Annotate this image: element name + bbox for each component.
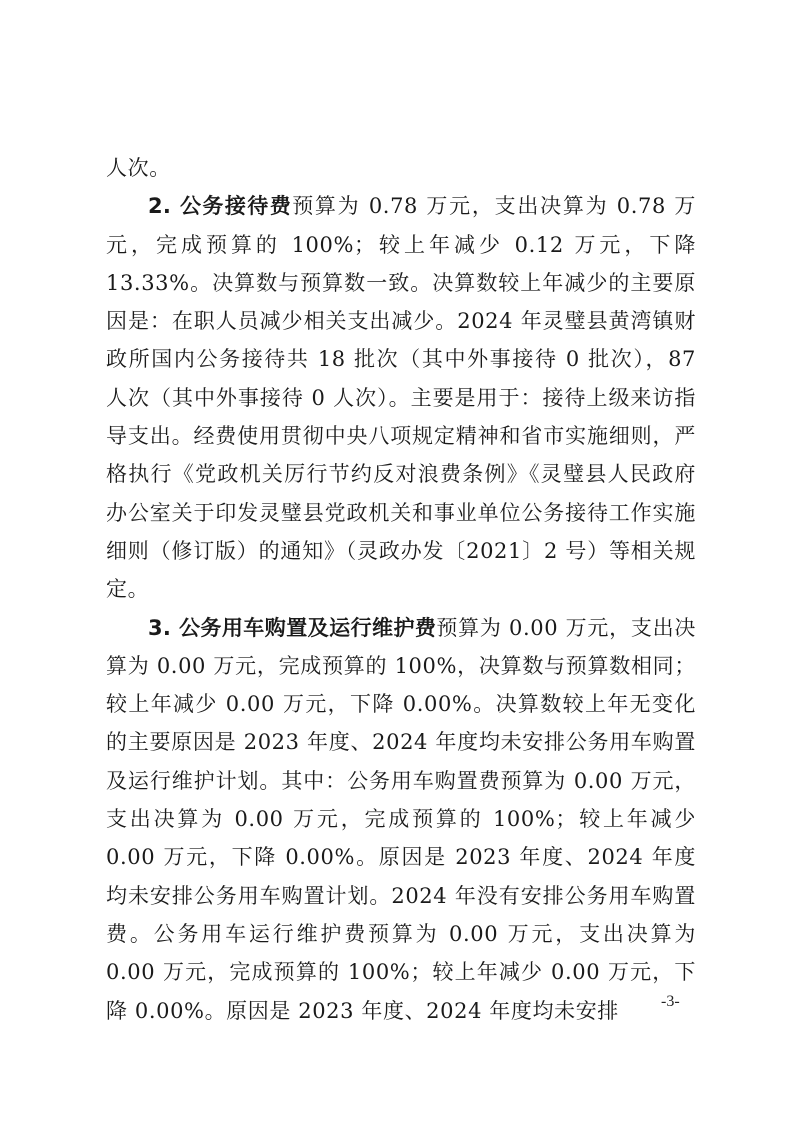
section-heading-reception: 2. 公务接待费 [148, 194, 292, 218]
paragraph-text: 人次。 [106, 156, 171, 180]
document-page: 人次。 2. 公务接待费预算为 0.78 万元，支出决算为 0.78 万元，完成… [106, 149, 696, 1030]
paragraph-text: 预算为 0.00 万元，支出决算为 0.00 万元，完成预算的 100%，决算数… [106, 616, 696, 1023]
section-heading-vehicle: 3. 公务用车购置及运行维护费 [148, 616, 436, 640]
paragraph-vehicle-expenses: 3. 公务用车购置及运行维护费预算为 0.00 万元，支出决算为 0.00 万元… [106, 609, 696, 1030]
paragraph-reception-expenses: 2. 公务接待费预算为 0.78 万元，支出决算为 0.78 万元，完成预算的 … [106, 187, 696, 608]
page-number: -3- [661, 993, 680, 1011]
paragraph-text: 预算为 0.78 万元，支出决算为 0.78 万元，完成预算的 100%；较上年… [106, 194, 696, 601]
paragraph-continuation: 人次。 [106, 149, 696, 187]
